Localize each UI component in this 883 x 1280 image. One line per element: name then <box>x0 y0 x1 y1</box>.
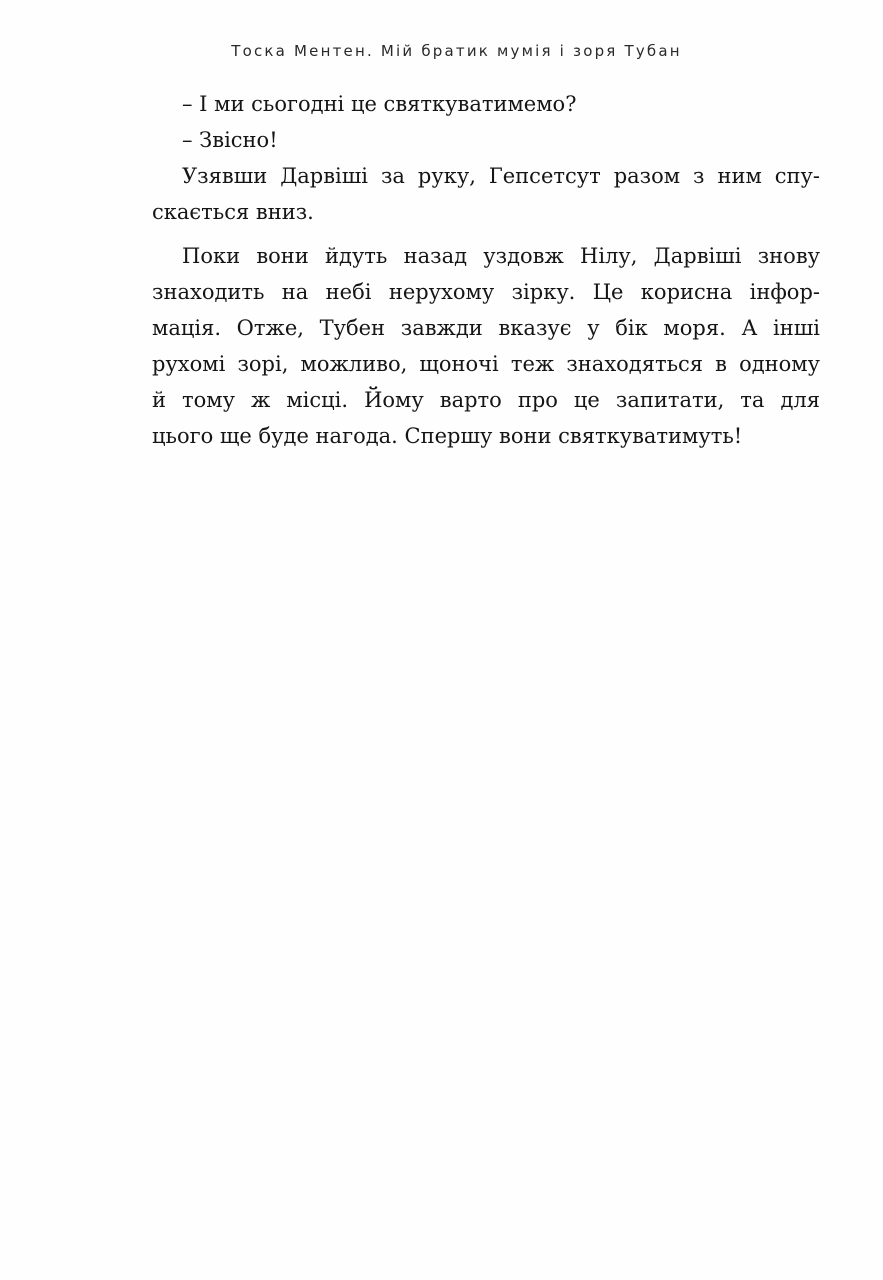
narrative-paragraph: Поки вони йдуть назад уздовж Нілу, Дарві… <box>152 238 820 454</box>
dialogue-paragraph: – Звісно! <box>152 122 820 158</box>
running-header: Тоска Ментен. Мій братик мумія і зоря Ту… <box>0 42 883 60</box>
text-line: рухомі зорі, можливо, щоночі теж знаходя… <box>152 346 820 382</box>
text-line: Поки вони йдуть назад уздовж Нілу, Дарві… <box>152 238 820 274</box>
text-line: – І ми сьогодні це святкуватимемо? <box>152 86 820 122</box>
text-line: мація. Отже, Тубен завжди вказує у бік м… <box>152 310 820 346</box>
text-line: цього ще буде нагода. Спершу вони святку… <box>152 418 820 454</box>
text-line: знаходить на небі нерухому зірку. Це кор… <box>152 274 820 310</box>
text-line: й тому ж місці. Йому варто про це запита… <box>152 382 820 418</box>
text-line: скається вниз. <box>152 194 820 230</box>
narrative-paragraph: Узявши Дарвіші за руку, Гепсетсут разом … <box>152 158 820 230</box>
book-page: Тоска Ментен. Мій братик мумія і зоря Ту… <box>0 0 883 1280</box>
dialogue-paragraph: – І ми сьогодні це святкуватимемо? <box>152 86 820 122</box>
text-line: – Звісно! <box>152 122 820 158</box>
page-body-text: – І ми сьогодні це святкуватимемо? – Зві… <box>152 86 820 454</box>
text-line: Узявши Дарвіші за руку, Гепсетсут разом … <box>152 158 820 194</box>
